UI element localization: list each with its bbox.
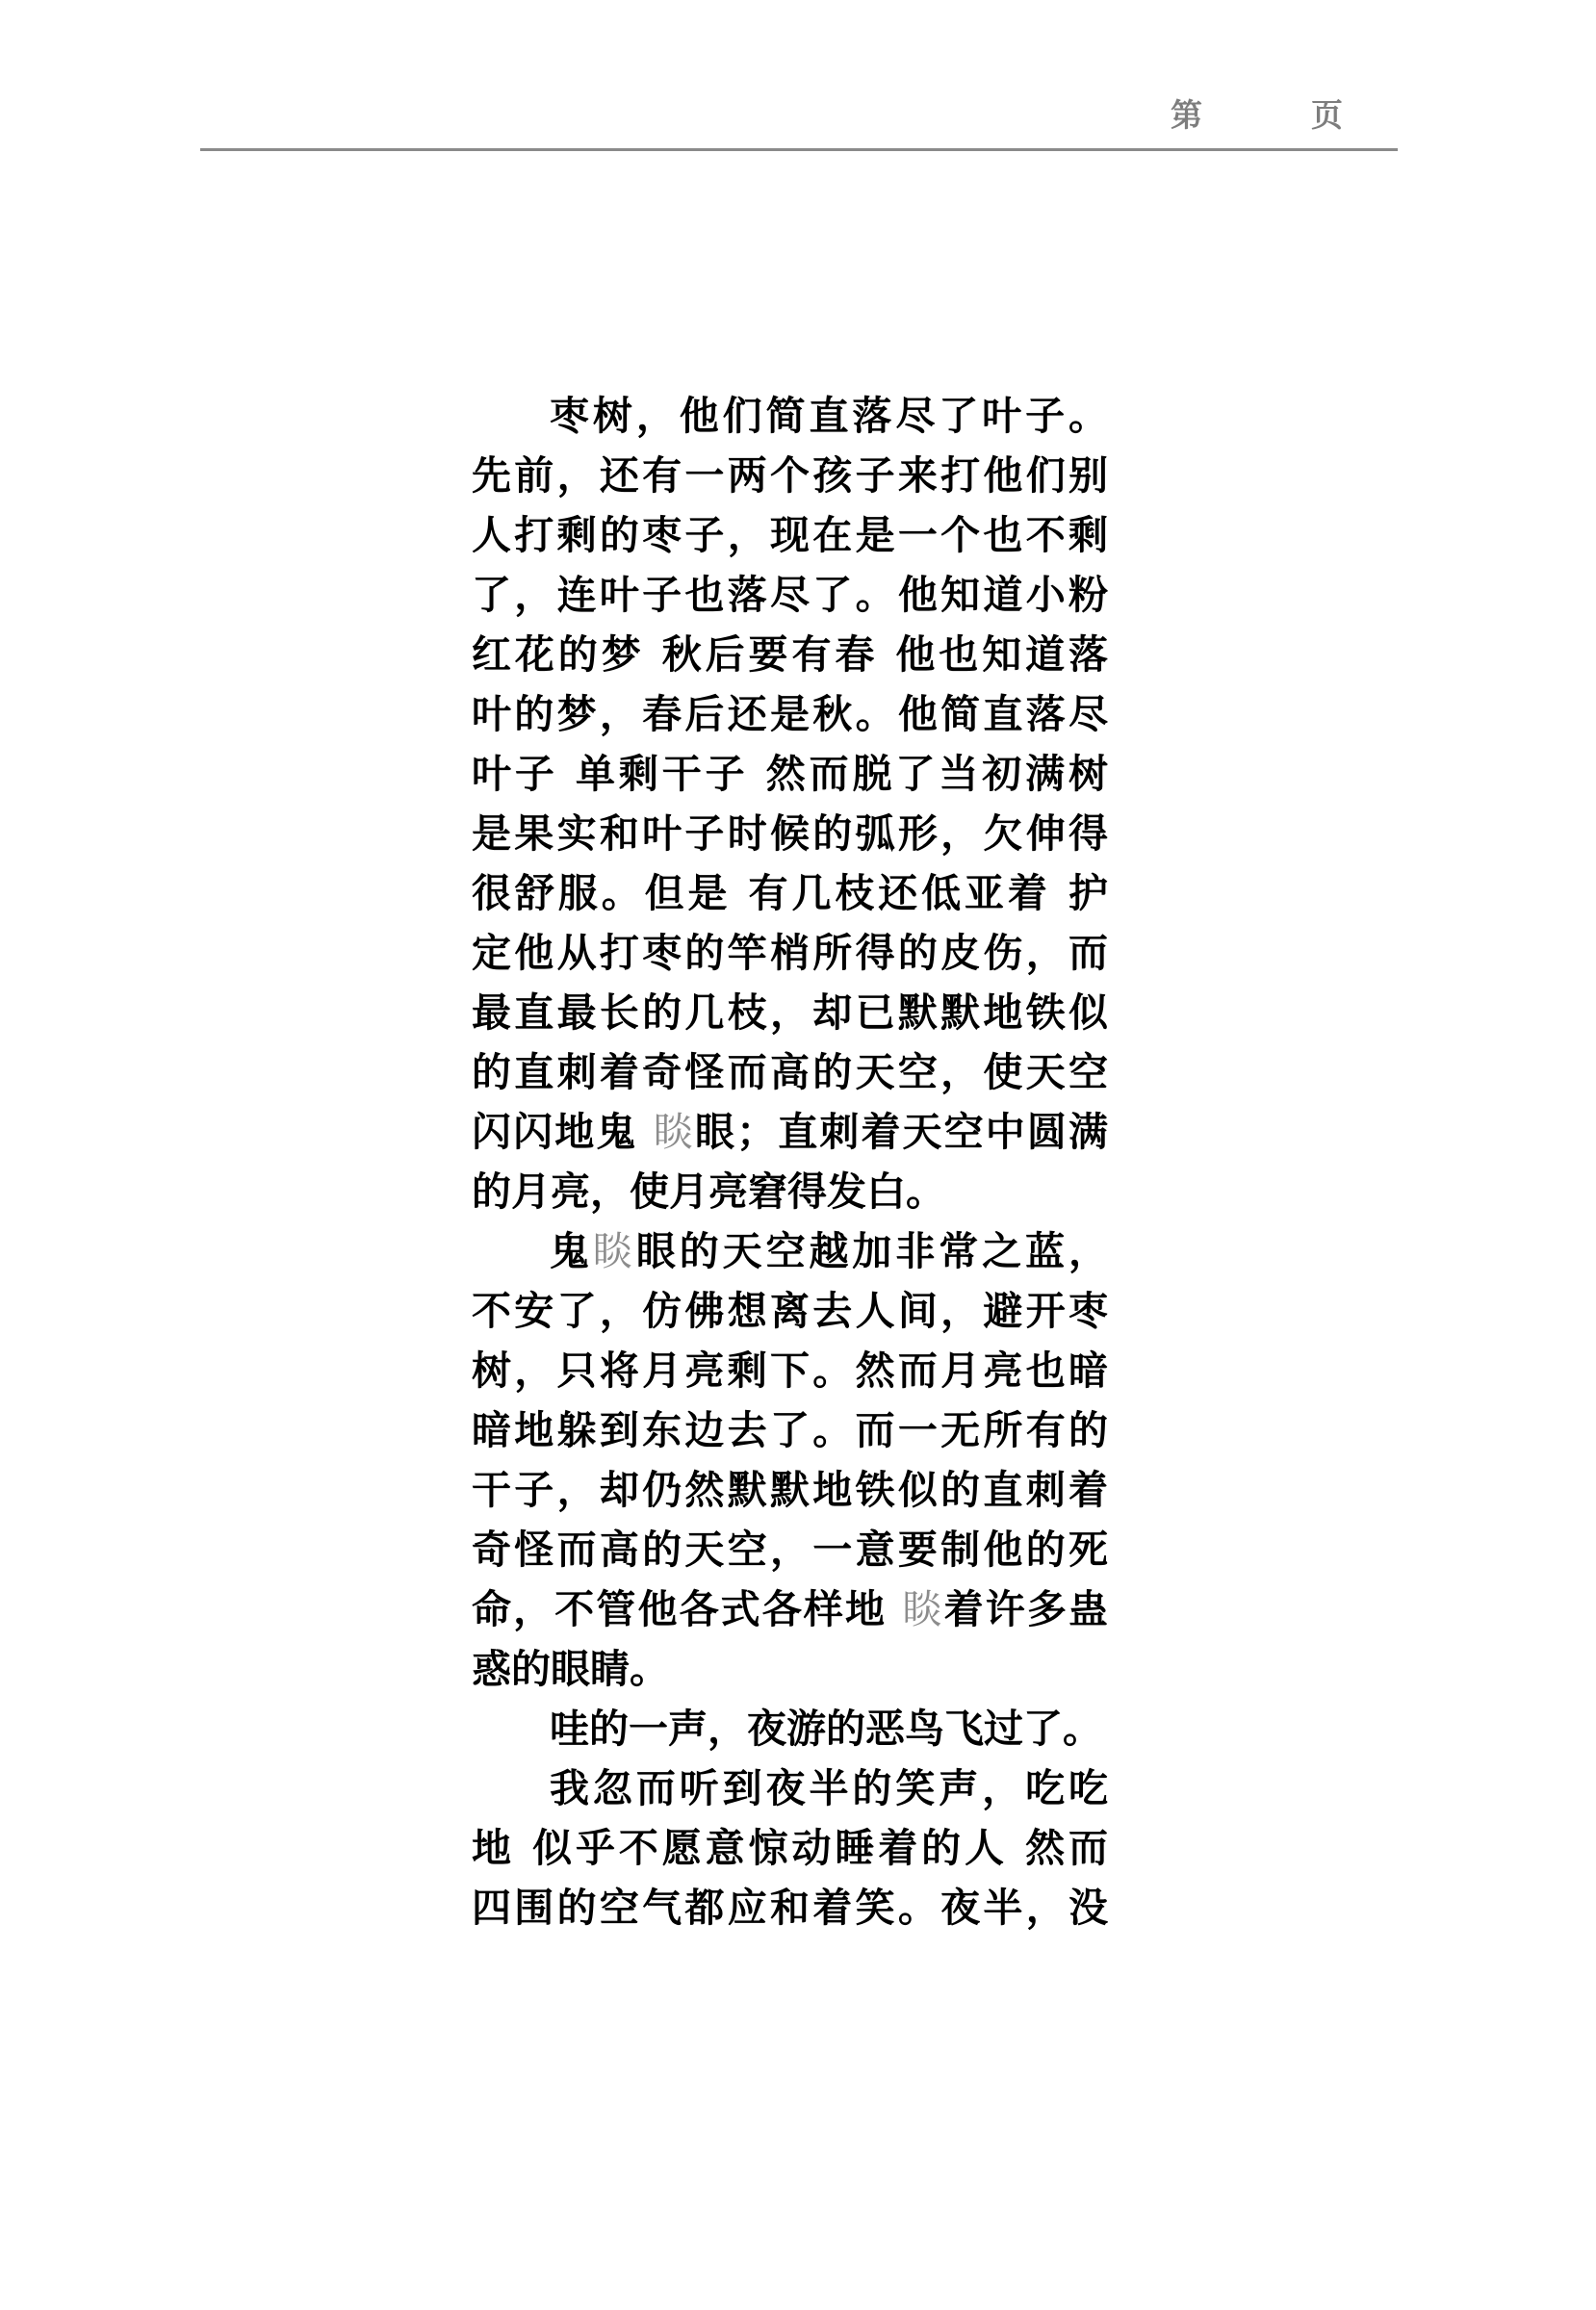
- text-line: 暗地躲到东边去了。而一无所有的: [472, 1400, 1108, 1460]
- rare-char-highlight: 睒: [593, 1228, 636, 1274]
- text-line: 定他从打枣的竿梢所得的皮伤，而: [472, 923, 1108, 983]
- page-background: { "header": { "prefix_label": "第", "suff…: [0, 0, 1596, 2310]
- text-line: 鬼睒眼的天空越加非常之蓝，: [472, 1221, 1108, 1281]
- text-line: 命，不管他各式各样地 睒着许多蛊: [472, 1579, 1108, 1639]
- header-rule: [200, 148, 1398, 151]
- text-line: 叶子 单剩干子 然而脱了当初满树: [472, 744, 1108, 804]
- text-line: 了，连叶子也落尽了。他知道小粉: [472, 565, 1108, 625]
- text-line: 奇怪而高的天空，一意要制他的死: [472, 1520, 1108, 1579]
- text-line: 的直刺着奇怪而高的天空，使天空: [472, 1042, 1108, 1102]
- body-text: 枣树，他们简直落尽了叶子。先前，还有一两个孩子来打他们别人打剩的枣子，现在是一个…: [472, 386, 1108, 1938]
- text-line: 是果实和叶子时候的弧形，欠伸得: [472, 804, 1108, 863]
- rare-char-highlight: 睒: [654, 1109, 695, 1155]
- text-line: 地 似乎不愿意惊动睡着的人 然而: [472, 1818, 1108, 1878]
- text-line: 枣树，他们简直落尽了叶子。: [472, 386, 1108, 446]
- text-line: 四围的空气都应和着笑。夜半，没: [472, 1878, 1108, 1938]
- text-line: 惑的眼睛。: [472, 1639, 1108, 1699]
- text-line: 先前，还有一两个孩子来打他们别: [472, 446, 1108, 505]
- text-line: 红花的梦 秋后要有春 他也知道落: [472, 625, 1108, 684]
- page-number-suffix-label: 页: [1311, 96, 1343, 135]
- text-line: 人打剩的枣子，现在是一个也不剩: [472, 505, 1108, 565]
- text-line: 的月亮，使月亮窘得发白。: [472, 1162, 1108, 1221]
- text-line: 我忽而听到夜半的笑声，吃吃: [472, 1758, 1108, 1818]
- text-line: 哇的一声，夜游的恶鸟飞过了。: [472, 1699, 1108, 1758]
- page-number-prefix-label: 第: [1171, 96, 1202, 135]
- rare-char-highlight: 睒: [903, 1586, 944, 1632]
- text-line: 树，只将月亮剩下。然而月亮也暗: [472, 1341, 1108, 1400]
- text-line: 闪闪地鬼 睒眼；直刺着天空中圆满: [472, 1102, 1108, 1162]
- text-line: 最直最长的几枝，却已默默地铁似: [472, 983, 1108, 1042]
- text-line: 很舒服。但是 有几枝还低亚着 护: [472, 863, 1108, 923]
- text-line: 干子，却仍然默默地铁似的直刺着: [472, 1460, 1108, 1520]
- text-line: 叶的梦，春后还是秋。他简直落尽: [472, 684, 1108, 744]
- text-line: 不安了，仿佛想离去人间，避开枣: [472, 1281, 1108, 1341]
- document-page: 第 页 枣树，他们简直落尽了叶子。先前，还有一两个孩子来打他们别人打剩的枣子，现…: [0, 0, 1596, 2310]
